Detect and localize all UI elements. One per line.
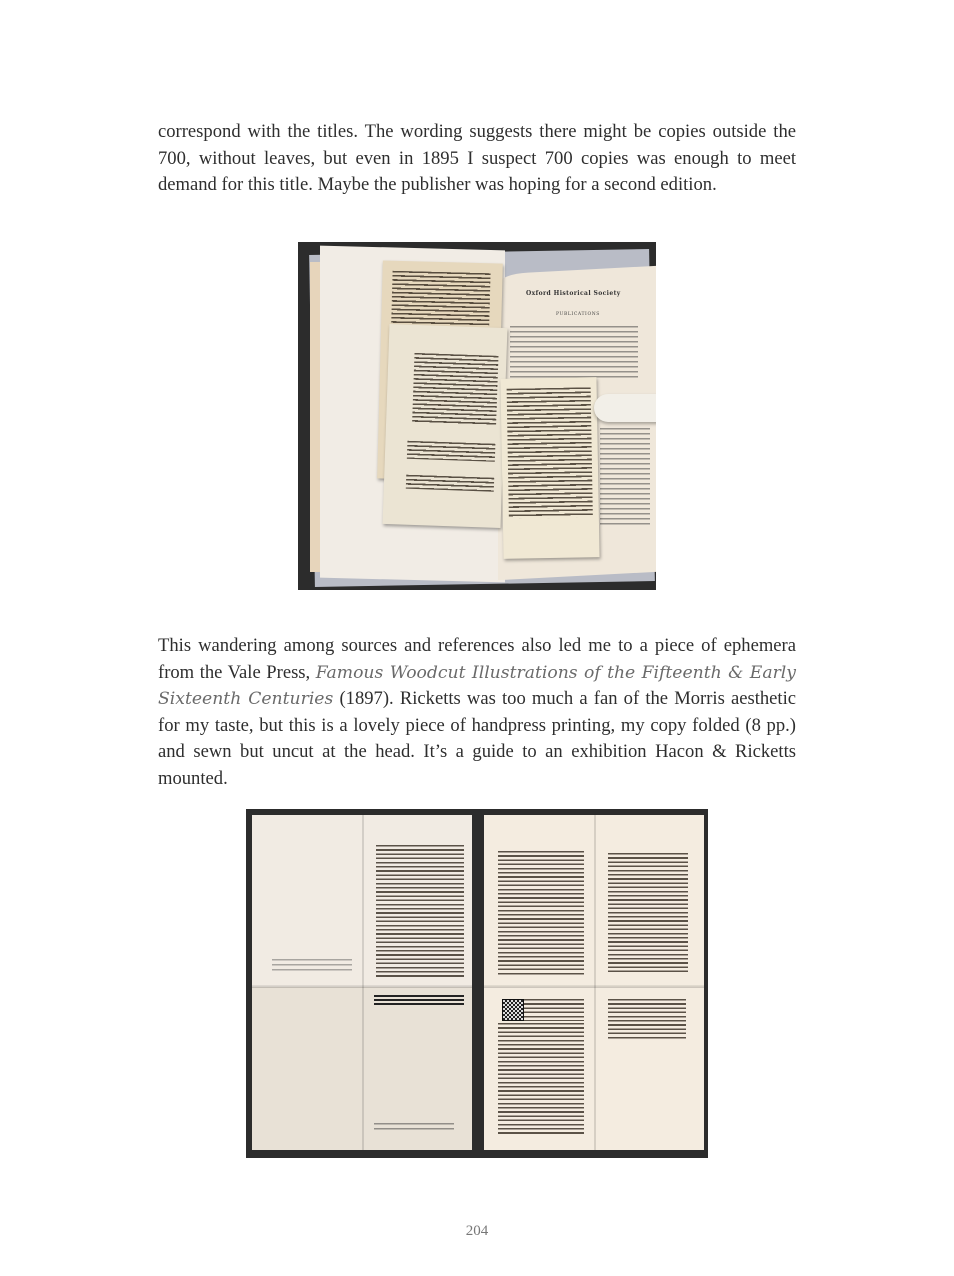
document-page: correspond with the titles. The wording … [0,0,954,1276]
right-sheet [484,815,704,1150]
decorated-initial [502,999,524,1021]
loose-leaf-3 [500,377,599,559]
book-page-title: Oxford Historical Society [526,290,621,297]
book-page-subtitle: PUBLICATIONS [556,312,600,317]
page-number: 204 [0,1223,954,1240]
paper-knife [594,394,656,422]
paragraph-1: correspond with the titles. The wording … [158,119,796,199]
book-right-page-text-lower [600,428,650,528]
left-sheet [252,815,472,1150]
loose-leaf-2 [383,324,508,528]
paragraph-1-text: correspond with the titles. The wording … [158,121,796,195]
paragraph-2: This wandering among sources and referen… [158,633,796,793]
book-photograph: Oxford Historical Society PUBLICATIONS [298,242,656,590]
book-right-page-text [510,326,638,380]
ephemera-photograph [246,809,708,1158]
